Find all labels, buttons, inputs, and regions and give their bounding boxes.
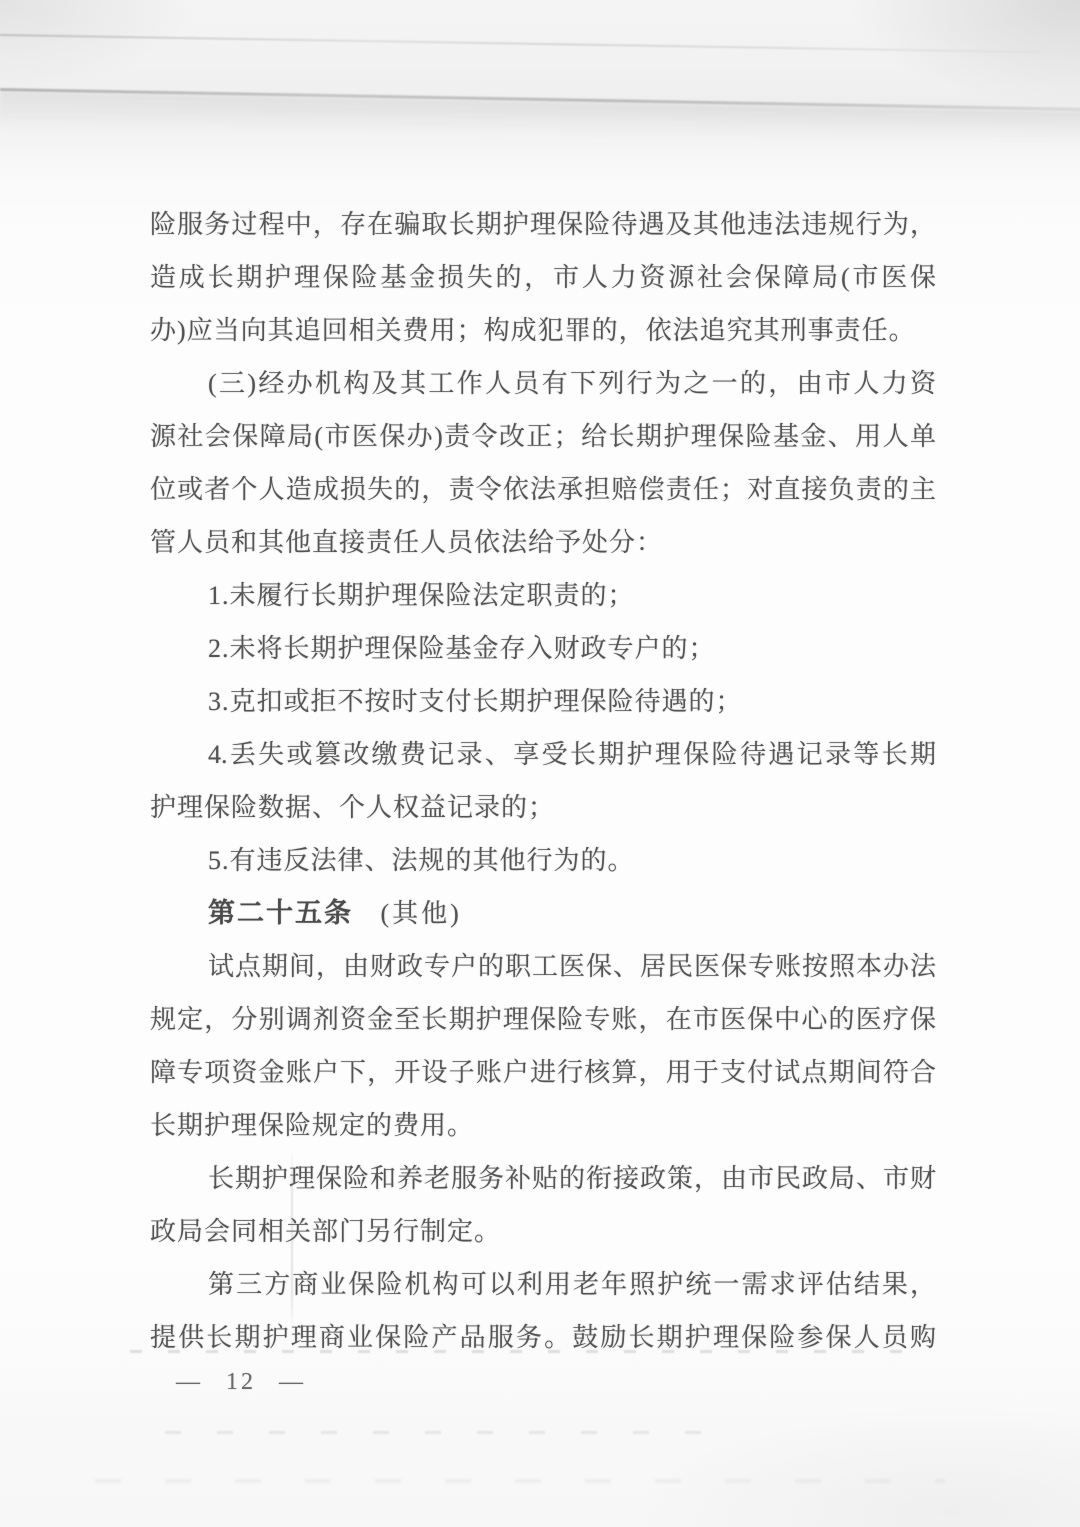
scan-noise-streak-3 <box>95 1479 945 1483</box>
article-number: 第二十五条 <box>208 898 353 928</box>
text-line: 办)应当向其追回相关费用；构成犯罪的，依法追究其刑事责任。 <box>150 304 936 357</box>
text-line: 规定，分别调剂资金至长期护理保险专账，在市医保中心的医疗保 <box>150 993 936 1046</box>
article-heading-line: 第二十五条 (其他) <box>150 887 936 940</box>
list-item-4: 4.丢失或篡改缴费记录、享受长期护理保险待遇记录等长期 <box>150 728 936 781</box>
article-title: (其他) <box>381 899 462 928</box>
text-line: 长期护理保险和养老服务补贴的衔接政策，由市民政局、市财 <box>150 1152 936 1205</box>
text-line: 管人员和其他直接责任人员依法给予处分： <box>150 516 936 569</box>
page-number: — 12 — <box>176 1366 306 1398</box>
scan-crease-top-2 <box>0 88 1080 110</box>
text-line: 试点期间，由财政专户的职工医保、居民医保专账按照本办法 <box>150 940 936 993</box>
text-line: (三)经办机构及其工作人员有下列行为之一的，由市人力资 <box>150 357 936 410</box>
document-text-block: 险服务过程中，存在骗取长期护理保险待遇及其他违法违规行为， 造成长期护理保险基金… <box>150 198 936 1364</box>
list-item-3: 3.克扣或拒不按时支付长期护理保险待遇的； <box>150 675 936 728</box>
text-line: 位或者个人造成损失的，责令依法承担赔偿责任；对直接负责的主 <box>150 463 936 516</box>
list-item-1: 1.未履行长期护理保险法定职责的； <box>150 569 936 622</box>
list-item-2: 2.未将长期护理保险基金存入财政专户的； <box>150 622 936 675</box>
text-line: 长期护理保险规定的费用。 <box>150 1099 936 1152</box>
text-line: 障专项资金账户下，开设子账户进行核算，用于支付试点期间符合 <box>150 1046 936 1099</box>
text-line: 第三方商业保险机构可以利用老年照护统一需求评估结果， <box>150 1258 936 1311</box>
text-line: 险服务过程中，存在骗取长期护理保险待遇及其他违法违规行为， <box>150 198 936 251</box>
list-item-5: 5.有违反法律、法规的其他行为的。 <box>150 834 936 887</box>
text-line: 护理保险数据、个人权益记录的； <box>150 781 936 834</box>
scan-crease-top-1 <box>0 34 1040 53</box>
text-line: 造成长期护理保险基金损失的，市人力资源社会保障局(市医保 <box>150 251 936 304</box>
scan-noise-streak-2 <box>165 1431 725 1434</box>
text-line: 提供长期护理商业保险产品服务。鼓励长期护理保险参保人员购 <box>150 1311 936 1364</box>
text-line: 政局会同相关部门另行制定。 <box>150 1205 936 1258</box>
scan-crease-shadow-band <box>0 91 1080 147</box>
text-line: 源社会保障局(市医保办)责令改正；给长期护理保险基金、用人单 <box>150 410 936 463</box>
